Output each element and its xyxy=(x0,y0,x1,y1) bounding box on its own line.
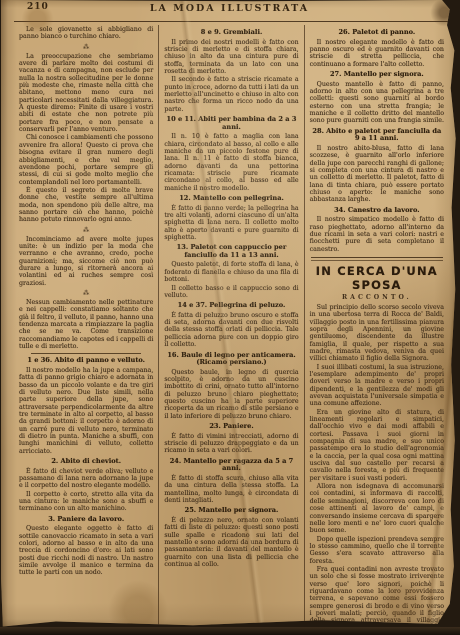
paragraph: Chi conosce i cambiamenti che possono av… xyxy=(19,134,153,185)
page-header: 210 LA MODA ILLUSTRATA xyxy=(1,0,458,19)
column-3: 26. Paletot di panno.Il nostro elegante … xyxy=(304,25,449,633)
paragraph: Era un giovine alto di statura, di linea… xyxy=(310,409,444,482)
story-divider xyxy=(311,257,443,261)
section-heading: 8 e 9. Grembiali. xyxy=(165,29,297,37)
paragraph: Dopo quelle ispezioni prendeva sempre lo… xyxy=(310,536,444,565)
section-heading: 26. Paletot di panno. xyxy=(311,29,443,37)
photographed-magazine-page: { "header": { "page_number": "210", "mas… xyxy=(0,0,460,635)
paragraph: Questo elegante oggetto è fatto di sotti… xyxy=(19,525,153,576)
paragraph: Il nostro modello ha la jupe a campana, … xyxy=(19,367,153,455)
page-number: 210 xyxy=(27,2,49,12)
paragraph: Il n. 10 è fatto a maglia con lana chiar… xyxy=(164,133,298,192)
section-heading: 25. Mantello per signora. xyxy=(165,507,297,515)
story-subtitle: RACCONTO. xyxy=(310,294,444,301)
paragraph: Questo baule, in legno di quercia scolpi… xyxy=(164,369,298,420)
asterism-divider: ⁂ xyxy=(19,289,153,297)
paragraph: Il nostro simpatico modello è fatto di r… xyxy=(310,216,444,253)
text-columns: Le sole giovanette si abbigliano di pann… xyxy=(1,22,458,633)
paragraph: È di peluzzo nero, ornato con volanti fa… xyxy=(164,517,298,568)
background-surface xyxy=(0,627,460,635)
paragraph: È fatta di peluzzo bruno oscuro e stoffa… xyxy=(164,312,298,349)
paragraph: Incominciamo ad avere molte jupes unite:… xyxy=(19,236,153,287)
paragraph: Il nostro elegante modello è fatto di pa… xyxy=(310,39,444,68)
paragraph: Nessun cambiamento nelle pettinature e n… xyxy=(19,299,153,350)
paragraph: È questo il segreto di molte brave donne… xyxy=(19,187,153,224)
masthead-title: LA MODA ILLUSTRATA xyxy=(1,3,458,14)
section-heading: 16. Baule di legno per anticamera. (Rica… xyxy=(165,352,297,367)
paragraph: Sul principio dello scorso secolo viveva… xyxy=(310,304,444,363)
paragraph: Il primo dei nostri modelli è fatto con … xyxy=(164,39,298,76)
paragraph: La preoccupazione che sembriamo avere di… xyxy=(19,53,153,134)
section-heading: 14 e 37. Pellegrina di peluzo. xyxy=(165,302,297,310)
paragraph: Le sole giovanette si abbigliano di pann… xyxy=(19,26,153,41)
paragraph: Questo mantello è fatto di panno, adorno… xyxy=(310,81,444,125)
section-heading: 1 e 36. Abito di panno e velluto. xyxy=(20,357,152,365)
asterism-divider: ⁂ xyxy=(19,43,153,51)
paragraph: È fatto di panno verde; la pellegrina ha… xyxy=(164,205,298,242)
paragraph: Questo paletot, di forte stoffa di lana,… xyxy=(164,261,298,283)
paragraph: Il colletto basso e il cappuccio sono di… xyxy=(164,285,298,300)
section-heading: 27. Mantello per signora. xyxy=(311,71,443,79)
paragraph: È fatto di vimini intrecciati, adorno di… xyxy=(164,433,298,455)
asterism-divider: ⁂ xyxy=(19,226,153,234)
story-title: IN CERCA D'UNA SPOSA xyxy=(310,264,444,292)
section-heading: 34. Canestro da lavoro. xyxy=(311,207,443,215)
section-heading: 28. Abito e paletot per fanciulla da 9 a… xyxy=(311,128,443,143)
section-rule xyxy=(31,353,141,354)
section-heading: 13. Paletot con cappuccio per fanciullo … xyxy=(165,244,297,259)
section-heading: 2. Abito di cheviot. xyxy=(20,458,152,466)
paragraph: Allora non isdegnava di accomunarsi coi … xyxy=(310,483,444,534)
section-heading: 23. Paniere. xyxy=(165,423,297,431)
paragraph: È fatto di stoffa scura, chiuso alla vit… xyxy=(164,475,298,504)
paragraph: Fra quei contadini non avreste trovato u… xyxy=(310,566,444,632)
paragraph: Il secondo è fatto a striscie ricamate a… xyxy=(164,76,298,113)
section-heading: 24. Mantello per ragazza da 5 a 7 anni. xyxy=(165,458,297,473)
section-heading: 12. Mantello con pellegrina. xyxy=(165,195,297,203)
paragraph: Il nostro abito-blusa, fatto di lana sco… xyxy=(310,145,444,204)
magazine-page: 210 LA MODA ILLUSTRATA Le sole giovanett… xyxy=(1,0,458,629)
section-heading: 10 e 11. Abiti per bambina da 2 a 3 anni… xyxy=(165,116,297,131)
paragraph: Il corpetto è corto, stretto alla vita d… xyxy=(19,491,153,513)
column-2: 8 e 9. Grembiali.Il primo dei nostri mod… xyxy=(158,25,303,633)
section-heading: 3. Paniere da lavoro. xyxy=(20,516,152,524)
column-1: Le sole giovanette si abbigliano di pann… xyxy=(14,25,158,633)
paragraph: I suoi illibati costumi, la sua istruzio… xyxy=(310,364,444,408)
paragraph: È fatto di cheviot verde oliva; velluto … xyxy=(19,468,153,490)
